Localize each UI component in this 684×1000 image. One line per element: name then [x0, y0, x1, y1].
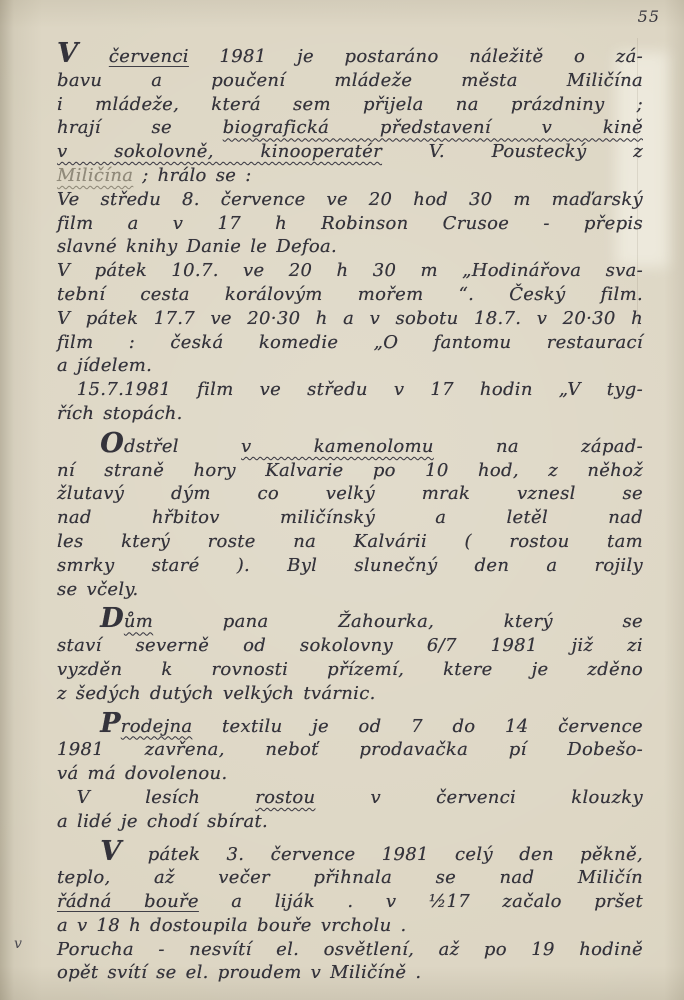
- handwritten-line: se včely.: [57, 578, 643, 602]
- line-segment: a liják . v ½17 začalo pršet: [199, 891, 643, 912]
- handwritten-line: a lidé je chodí sbírat.: [57, 810, 643, 834]
- handwritten-line: staví severně od sokolovny 6/7 1981 již …: [57, 634, 643, 658]
- line-light-segment: Miličína: [57, 165, 133, 186]
- handwritten-line: vá má dovolenou.: [57, 762, 643, 786]
- handwritten-line: i mládeže, která sem přijela na prázdnin…: [57, 93, 643, 117]
- handwritten-line: 15.7.1981 film ve středu v 17 hodin „V t…: [57, 378, 643, 402]
- handwritten-line: les který roste na Kalvárii ( rostou tam: [57, 530, 643, 554]
- handwritten-line: a jídelem.: [57, 354, 643, 378]
- line-segment: V lesích: [77, 787, 255, 808]
- handwritten-line: Dům pana Žahourka, který se: [57, 610, 643, 634]
- line-segment: i mládeže, která sem přijela na prázdnin…: [57, 94, 643, 115]
- line-underlined-segment: ům: [124, 611, 153, 632]
- line-segment: 1981 je postaráno náležitě o zá-: [189, 46, 643, 67]
- handwritten-line: tební cesta korálovým mořem “. Český fil…: [57, 283, 643, 307]
- line-segment: ní straně hory Kalvarie po 10 hod, z něh…: [57, 460, 643, 481]
- line-segment: hrají se: [57, 117, 223, 138]
- line-segment: Ve středu 8. července ve 20 hod 30 m maď…: [57, 189, 643, 210]
- line-segment: se včely.: [57, 579, 138, 600]
- line-underlined-segment: v sokolovně, kinooperatér: [57, 141, 382, 162]
- line-segment: opět svítí se el. proudem v Miličíně .: [57, 962, 421, 983]
- handwritten-line: Miličína ; hrálo se :: [57, 164, 643, 188]
- line-segment: a v 18 h dostoupila bouře vrcholu .: [57, 915, 407, 936]
- line-underlined-segment: řádná bouře: [57, 891, 199, 912]
- line-segment: pana Žahourka, který se: [153, 611, 643, 632]
- handwritten-line: z šedých dutých velkých tvárnic.: [57, 682, 643, 706]
- handwritten-line: ní straně hory Kalvarie po 10 hod, z něh…: [57, 459, 643, 483]
- line-segment: na západ-: [434, 436, 643, 457]
- line-segment: les který roste na Kalvárii ( rostou tam: [57, 531, 643, 552]
- line-segment: 15.7.1981 film ve středu v 17 hodin „V t…: [77, 379, 643, 400]
- line-initial: O: [100, 428, 124, 459]
- handwritten-line: film : česká komedie „O fantomu restaura…: [57, 331, 643, 355]
- line-underlined-segment: červenci: [109, 46, 189, 67]
- handwritten-line: smrky staré ). Byl slunečný den a rojily: [57, 554, 643, 578]
- handwritten-line: V červenci 1981 je postaráno náležitě o …: [57, 45, 643, 69]
- line-segment: v červenci klouzky: [315, 787, 643, 808]
- line-segment: [78, 46, 109, 67]
- handwritten-line: teplo, až večer přihnala se nad Miličín: [57, 866, 643, 890]
- handwritten-line: slavné knihy Danie le Defoa.: [57, 235, 643, 259]
- line-segment: Porucha - nesvítí el. osvětlení, až po 1…: [57, 939, 643, 960]
- line-segment: dstřel: [124, 436, 241, 457]
- line-initial: V: [100, 836, 121, 867]
- handwritten-line: bavu a poučení mládeže města Miličína: [57, 69, 643, 93]
- line-underlined-segment: rodejna: [121, 716, 193, 737]
- handwritten-line: žlutavý dým co velký mrak vznesl se: [57, 482, 643, 506]
- handwritten-line: Porucha - nesvítí el. osvětlení, až po 1…: [57, 938, 643, 962]
- line-underlined-segment: v kamenolomu: [241, 436, 434, 457]
- line-segment: ; hrálo se :: [133, 165, 251, 186]
- handwritten-line: V pátek 10.7. ve 20 h 30 m „Hodinářova s…: [57, 259, 643, 283]
- handwritten-line: řích stopách.: [57, 402, 643, 426]
- line-segment: a jídelem.: [57, 355, 152, 376]
- handwritten-line: řádná bouře a liják . v ½17 začalo pršet: [57, 890, 643, 914]
- line-segment: vyzděn k rovnosti přízemí, ktere je zděn…: [57, 659, 643, 680]
- line-segment: nad hřbitov miličínský a letěl nad: [57, 507, 643, 528]
- line-initial: P: [100, 708, 121, 739]
- handwritten-line: 1981 zavřena, neboť prodavačka pí Dobešo…: [57, 738, 643, 762]
- handwritten-line: V pátek 17.7 ve 20·30 h a v sobotu 18.7.…: [57, 307, 643, 331]
- line-segment: film : česká komedie „O fantomu restaura…: [57, 332, 643, 353]
- line-segment: V. Poustecký z: [382, 141, 643, 162]
- handwritten-line: Odstřel v kamenolomu na západ-: [57, 435, 643, 459]
- line-segment: tební cesta korálovým mořem “. Český fil…: [57, 284, 643, 305]
- line-segment: V pátek 10.7. ve 20 h 30 m „Hodinářova s…: [57, 260, 643, 281]
- handwritten-line: Ve středu 8. července ve 20 hod 30 m maď…: [57, 188, 643, 212]
- line-initial: D: [100, 603, 124, 634]
- handwritten-line: nad hřbitov miličínský a letěl nad: [57, 506, 643, 530]
- line-segment: bavu a poučení mládeže města Miličína: [57, 70, 643, 91]
- line-segment: staví severně od sokolovny 6/7 1981 již …: [57, 635, 643, 656]
- line-segment: slavné knihy Danie le Defoa.: [57, 236, 337, 257]
- line-segment: smrky staré ). Byl slunečný den a rojily: [57, 555, 643, 576]
- line-segment: vá má dovolenou.: [57, 763, 227, 784]
- handwritten-line: film a v 17 h Robinson Crusoe - přepis: [57, 212, 643, 236]
- line-segment: teplo, až večer přihnala se nad Miličín: [57, 867, 643, 888]
- line-segment: a lidé je chodí sbírat.: [57, 811, 268, 832]
- line-segment: pátek 3. července 1981 celý den pěkně,: [121, 844, 643, 865]
- line-segment: žlutavý dým co velký mrak vznesl se: [57, 483, 643, 504]
- line-segment: film a v 17 h Robinson Crusoe - přepis: [57, 213, 643, 234]
- handwritten-line: V pátek 3. července 1981 celý den pěkně,: [57, 843, 643, 867]
- line-segment: 1981 zavřena, neboť prodavačka pí Dobešo…: [57, 739, 643, 760]
- handwritten-line: a v 18 h dostoupila bouře vrcholu .: [57, 914, 643, 938]
- handwritten-line: V lesích rostou v červenci klouzky: [57, 786, 643, 810]
- line-underlined-segment: rostou: [255, 787, 315, 808]
- handwritten-line: opět svítí se el. proudem v Miličíně .: [57, 961, 643, 985]
- line-initial: V: [57, 38, 78, 69]
- line-segment: řích stopách.: [57, 403, 183, 424]
- page-number: 55: [638, 7, 660, 26]
- handwritten-line: v sokolovně, kinooperatér V. Poustecký z: [57, 140, 643, 164]
- line-underlined-segment: biografická představení v kině: [223, 117, 643, 138]
- line-segment: V pátek 17.7 ve 20·30 h a v sobotu 18.7.…: [57, 308, 643, 329]
- handwritten-line: vyzděn k rovnosti přízemí, ktere je zděn…: [57, 658, 643, 682]
- line-segment: z šedých dutých velkých tvárnic.: [57, 683, 376, 704]
- handwritten-line: hrají se biografická představení v kině: [57, 116, 643, 140]
- handwritten-text-block: V červenci 1981 je postaráno náležitě o …: [57, 45, 643, 985]
- handwritten-line: Prodejna textilu je od 7 do 14 července: [57, 715, 643, 739]
- line-segment: textilu je od 7 do 14 července: [192, 716, 643, 737]
- margin-mark: v: [14, 936, 22, 952]
